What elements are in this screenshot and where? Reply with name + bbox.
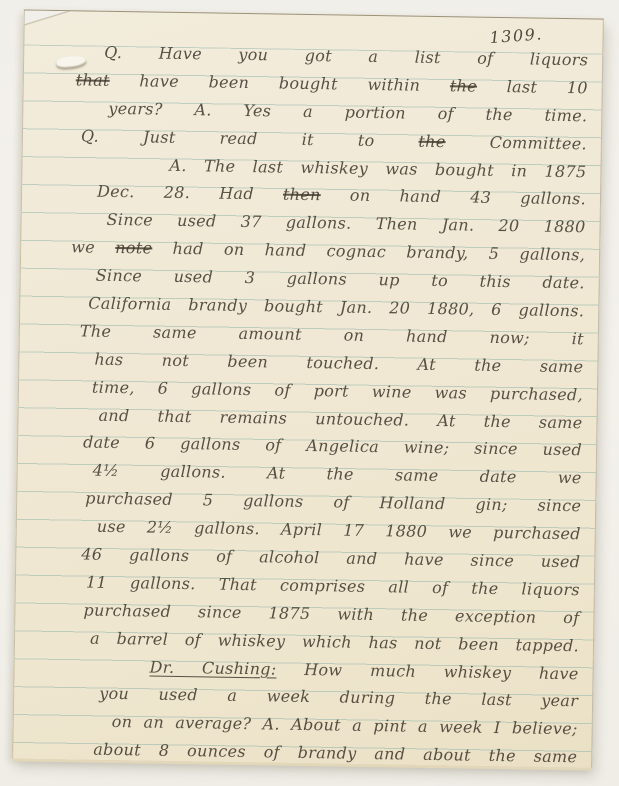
page-number: 1309.: [489, 24, 544, 47]
handwritten-text: Q. Have you got a list of liquors: [104, 43, 588, 70]
handwritten-text: date 6 gallons of Angelica wine; since u…: [83, 433, 582, 460]
handwritten-text: Dec. 28. Had: [97, 182, 254, 203]
handwritten-text: Since used 3 gallons up to this date.: [96, 266, 585, 293]
struck-text: note: [115, 238, 152, 258]
handwritten-text: Q. Just read it to: [81, 126, 375, 150]
handwriting-lines: Q. Have you got a list of liquorsthat ha…: [13, 38, 588, 768]
handwritten-text: you used a week during the last year: [99, 684, 578, 711]
struck-text: the: [418, 131, 445, 150]
handwritten-text: purchased since 1875 with the exception …: [83, 600, 579, 627]
handwritten-text: California brandy bought Jan. 20 1880, 6…: [88, 294, 584, 321]
struck-text: the: [450, 76, 477, 95]
handwritten-text: on an average? A. About a pint a week I …: [112, 712, 578, 738]
struck-text: that: [76, 70, 110, 90]
handwritten-text: we: [71, 237, 95, 256]
scan-background: 1309. Q. Have you got a list of liquorst…: [0, 0, 619, 786]
handwritten-text: have been bought within: [139, 71, 420, 94]
handwritten-text: has not been touched. At the same: [94, 349, 583, 376]
handwritten-text: 11 gallons. That comprises all of the li…: [86, 572, 580, 599]
underlined-speaker-label: Dr. Cushing:: [149, 657, 276, 678]
handwritten-text: 4½ gallons. At the same date we: [93, 461, 582, 488]
handwritten-text: How much whiskey have: [304, 660, 579, 683]
handwritten-text: last 10: [507, 77, 588, 97]
handwritten-text: about 8 ounces of brandy and about the s…: [93, 740, 577, 767]
handwritten-text: and that remains untouched. At the same: [98, 405, 582, 432]
handwritten-text: use 2½ gallons. April 17 1880 we purchas…: [97, 517, 581, 544]
handwritten-text: purchased 5 gallons of Holland gin; sinc…: [85, 489, 581, 516]
handwritten-text: 46 gallons of alcohol and have since use…: [81, 544, 580, 571]
handwritten-text: had on hand cognac brandy, 5 gallons,: [172, 239, 585, 264]
handwritten-text: Committee.: [490, 132, 588, 153]
handwritten-text: The same amount on hand now; it: [80, 321, 584, 348]
handwritten-text: A. The last whiskey was bought in 1875: [169, 155, 586, 181]
handwritten-text: on hand 43 gallons.: [350, 186, 586, 209]
handwritten-text: years? A. Yes a portion of the time.: [108, 99, 587, 126]
handwritten-text: Since used 37 gallons. Then Jan. 20 1880: [106, 210, 585, 237]
struck-text: then: [283, 185, 321, 205]
handwritten-text: time, 6 gallons of port wine was purchas…: [92, 377, 583, 404]
manuscript-page: 1309. Q. Have you got a list of liquorst…: [12, 9, 604, 767]
folded-corner: [24, 9, 70, 25]
handwritten-text: a barrel of whiskey which has not been t…: [90, 628, 579, 655]
